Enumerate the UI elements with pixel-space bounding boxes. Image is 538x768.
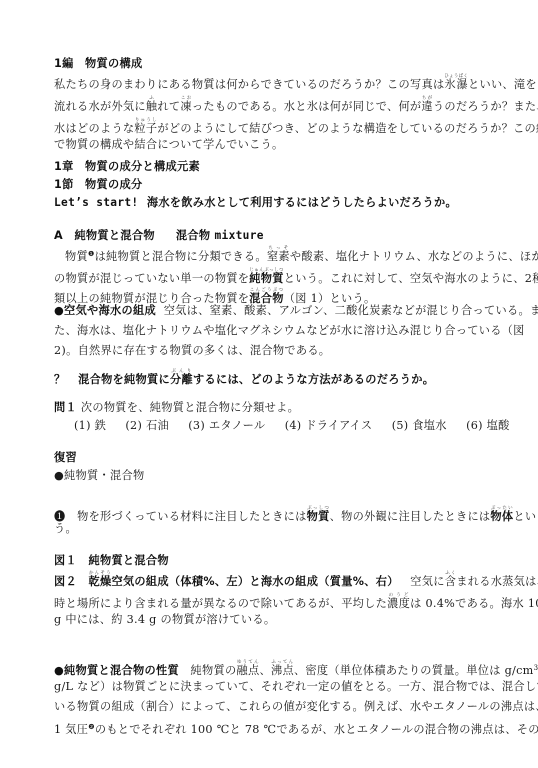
exercise-text: 次の物質を、純物質と混合物に分類せよ。 [81, 401, 299, 414]
exercise-label: 問１ [54, 401, 77, 414]
section-heading: 1節 物質の成分 [54, 178, 143, 192]
ruby-term: 凍こお [180, 100, 192, 113]
exercise-item: (3) エタノール [188, 419, 265, 432]
topic-line: 2)。自然界に存在する物質の多くは、混合物である。 [54, 344, 330, 358]
body-line: 物質❶は純物質と混合物に分類できる。窒素ちっそや酸素、塩化ナトリウム、水などのよ… [54, 246, 538, 264]
ruby-term: 窒素ちっそ [267, 250, 290, 263]
body-line: の物質が混じっていない単一の物質を純物質じゅんぶっしつという。これに対して、空気… [54, 268, 538, 286]
ruby-term: 濃度のうど [387, 597, 410, 610]
ruby-term: 沸点ふってん [271, 664, 294, 677]
subsection-a-title: A 純物質と混合物 [54, 229, 155, 242]
exercise-item: (2) 石油 [125, 419, 169, 432]
figure-1-caption: 図１ 純物質と混合物 [54, 554, 169, 568]
superscript: ❶ [88, 250, 95, 258]
ruby-term: 乾燥かんそう [88, 575, 111, 588]
intro-line: で物質の構成や結合について学んでいこう。 [54, 138, 284, 152]
question-mark-icon: ？ [54, 373, 66, 386]
subsection-a-heading: A 純物質と混合物 混合物 mixture [54, 229, 264, 243]
exercise-item: (5) 食塩水 [392, 419, 447, 432]
ruby-term: 含ふく [445, 575, 457, 588]
figure-2-note-line: 時と場所により含まれる量が異なるので除いてあるが、平均した濃度のうどは 0.4%… [54, 593, 538, 611]
review-heading: 復習 [54, 451, 77, 465]
figure-2-note-line: g 中には、約 3.4 g の物質が溶けている。 [54, 613, 275, 627]
chapter-heading: 1章 物質の成分と構成元素 [54, 160, 200, 174]
ruby-term: 融点ゆうてん [236, 664, 259, 677]
exercise-item: (6) 塩酸 [466, 419, 510, 432]
superscript: 3 [534, 664, 538, 672]
figure-2-caption: 図２ 乾燥かんそう空気の組成（体積%、左）と海水の組成（質量%、右） [54, 575, 399, 588]
footnote-continuation: う。 [54, 522, 77, 536]
lets-start-question: 海水を飲み水として利用するにはどうしたらよいだろうか。 [147, 196, 457, 209]
exercise-items: (1) 鉄 (2) 石油 (3) エタノール (4) ドライアイス (5) 食塩… [74, 419, 510, 433]
properties-text: 純物質の融点ゆうてん、沸点ふってん、密度（単位体積あたりの質量。単位は g/cm… [191, 664, 538, 677]
properties-line: 1 気圧❷のもとでそれぞれ 100 ℃と 78 ℃であるが、水とエタノールの混合… [54, 720, 538, 737]
ruby-term: 氷瀑ひょうばく [444, 78, 468, 91]
ruby-term: 純物質じゅんぶっしつ [249, 272, 283, 285]
properties-line: g/L など）は物質ごとに決まっていて、それぞれ一定の値をとる。一方、混合物では… [54, 680, 538, 694]
properties-heading: ●純物質と混合物の性質 [54, 664, 179, 677]
intro-line: 水はどのような粒子りゅうしがどのようにして結びつき、どのような構造をしているのだ… [54, 118, 538, 136]
intro-line: 私たちの身のまわりにある物質は何からできているのだろうか？この写真は氷瀑ひょうば… [54, 74, 537, 92]
lets-start: Let’s start! 海水を飲み水として利用するにはどうしたらよいだろうか。 [54, 196, 457, 210]
part-heading: 1編 物質の構成 [54, 57, 143, 71]
exercise-item: (1) 鉄 [74, 419, 106, 432]
lets-start-label: Let’s start! [54, 196, 138, 209]
topic-text: 空気は、窒素、酸素、アルゴン、二酸化炭素などが混じり合っている。ま [164, 304, 538, 317]
topic-line: ●空気や海水の組成 空気は、窒素、酸素、アルゴン、二酸化炭素などが混じり合ってい… [54, 304, 538, 318]
exercise-item: (4) ドライアイス [285, 419, 373, 432]
ruby-term: 違ちが [421, 100, 433, 113]
key-question: ？ 混合物を純物質に分離ぶんりするには、どのような方法があるのだろうか。 [54, 369, 434, 387]
intro-line: 流れる水が外気に触ふれて凍こおったものである。水と氷は何が同じで、何が違ちがうの… [54, 96, 538, 114]
key-question-text: 混合物を純物質に分離ぶんりするには、どのような方法があるのだろうか。 [78, 373, 434, 386]
keyword-en: mixture [215, 229, 264, 242]
review-item: ●純物質・混合物 [54, 469, 144, 483]
exercise-prompt: 問１ 次の物質を、純物質と混合物に分類せよ。 [54, 401, 299, 415]
topic-line: た、海水は、塩化ナトリウムや塩化マグネシウムなどが水に溶け込み混じり合っている（… [54, 324, 525, 338]
ruby-term: 分離ぶんり [170, 373, 193, 386]
ruby-term: 物質ぶっしつ [307, 510, 330, 523]
ruby-term: 物体ぶったい [490, 510, 513, 523]
properties-line: いる物質の組成（割合）によって、これらの値が変化する。例えば、水やエタノールの沸… [54, 700, 538, 714]
figure-2-caption-line: 図２ 乾燥かんそう空気の組成（体積%、左）と海水の組成（質量%、右） 空気に含ふ… [54, 571, 538, 589]
figure-2-note: 空気に含ふくまれる水蒸気は、 [410, 575, 538, 588]
ruby-term: 粒子りゅうし [134, 122, 157, 135]
footnote-text: 物を形づくっている材料に注目したときには物質ぶっしつ、物の外観に注目したときには… [77, 510, 536, 523]
keyword-jp: 混合物 [176, 229, 210, 242]
topic-heading: ●空気や海水の組成 [54, 304, 156, 317]
properties-line: ●純物質と混合物の性質 純物質の融点ゆうてん、沸点ふってん、密度（単位体積あたり… [54, 660, 538, 678]
superscript: ❷ [88, 723, 95, 731]
footnote-1: ❶ 物を形づくっている材料に注目したときには物質ぶっしつ、物の外観に注目したとき… [54, 506, 536, 524]
ruby-term: 触ふ [146, 100, 158, 113]
